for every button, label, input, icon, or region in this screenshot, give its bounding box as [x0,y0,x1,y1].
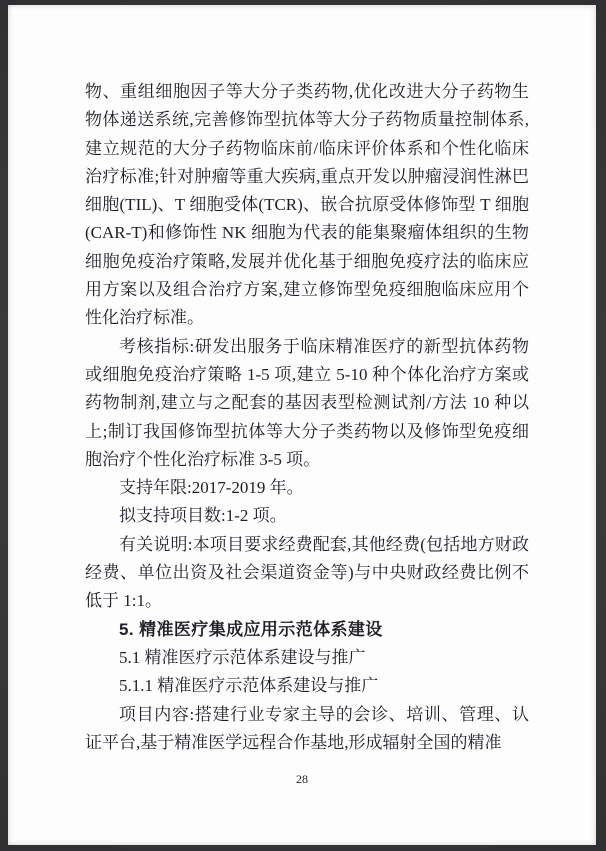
scan-background: 物、重组细胞因子等大分子类药物,优化改进大分子药物生物体递送系统,完善修饰型抗体… [0,0,606,851]
document-page: 物、重组细胞因子等大分子类药物,优化改进大分子药物生物体递送系统,完善修饰型抗体… [8,5,596,845]
paragraph-project-count: 拟支持项目数:1-2 项。 [85,502,529,530]
section-heading-5-1-1: 5.1.1 精准医疗示范体系建设与推广 [85,672,529,700]
section-heading-5: 5. 精准医疗集成应用示范体系建设 [85,616,529,644]
paragraph-related-notes: 有关说明:本项目要求经费配套,其他经费(包括地方财政经费、单位出资及社会渠道资金… [85,531,529,616]
section-heading-5-1: 5.1 精准医疗示范体系建设与推广 [85,644,529,672]
paragraph-project-content: 项目内容:搭建行业专家主导的会诊、培训、管理、认证平台,基于精准医学远程合作基地… [85,701,529,758]
paragraph-support-years: 支持年限:2017-2019 年。 [85,474,529,502]
page-number: 28 [8,772,596,787]
page-body: 物、重组细胞因子等大分子类药物,优化改进大分子药物生物体递送系统,完善修饰型抗体… [85,78,529,757]
paragraph-assessment-indicators: 考核指标:研发出服务于临床精准医疗的新型抗体药物或细胞免疫治疗策略 1-5 项,… [85,333,529,474]
paragraph-continued: 物、重组细胞因子等大分子类药物,优化改进大分子药物生物体递送系统,完善修饰型抗体… [85,78,529,333]
